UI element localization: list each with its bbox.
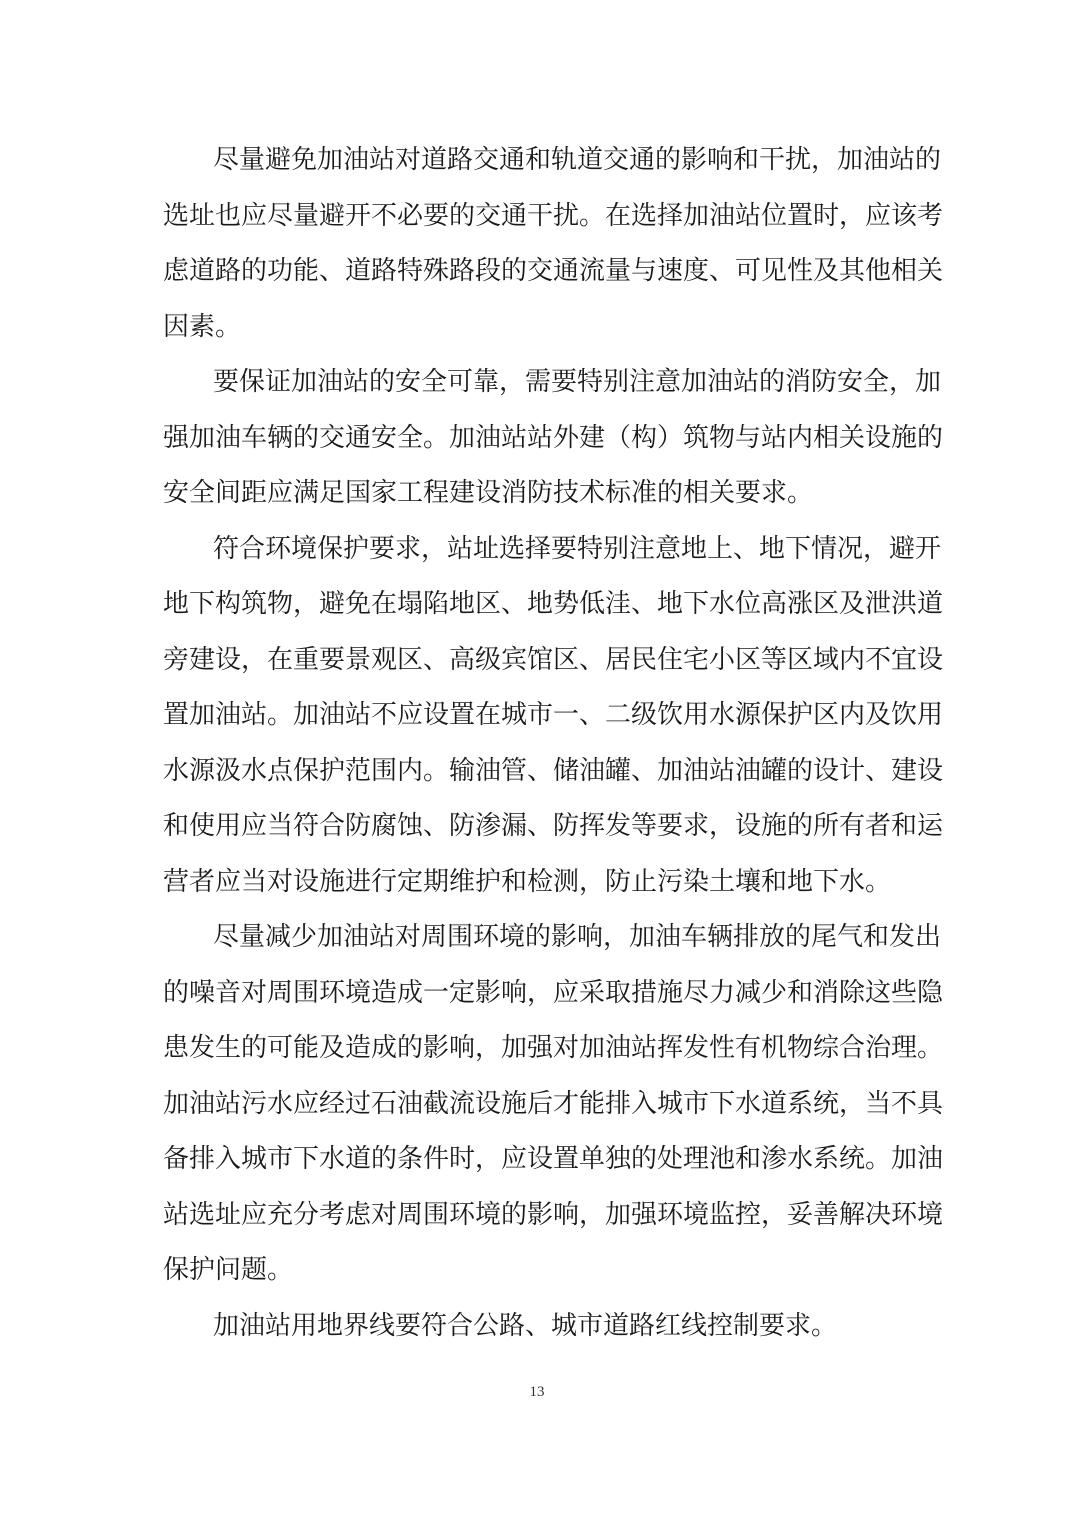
text-line: 保护问题。 [163, 1248, 913, 1304]
text-line: 加油站污水应经过石油截流设施后才能排入城市下水道系统，当不具 [163, 1082, 913, 1138]
text-line: 加油站用地界线要符合公路、城市道路红线控制要求。 [163, 1304, 913, 1360]
text-line: 符合环境保护要求，站址选择要特别注意地上、地下情况，避开 [163, 527, 913, 583]
text-line: 选址也应尽量避开不必要的交通干扰。在选择加油站位置时，应该考 [163, 194, 913, 250]
page-number: 13 [0, 1384, 1074, 1401]
text-line: 患发生的可能及造成的影响，加强对加油站挥发性有机物综合治理。 [163, 1026, 913, 1082]
text-line: 尽量减少加油站对周围环境的影响，加油车辆排放的尾气和发出 [163, 915, 913, 971]
text-line: 和使用应当符合防腐蚀、防渗漏、防挥发等要求，设施的所有者和运 [163, 804, 913, 860]
paragraph-land-boundary: 加油站用地界线要符合公路、城市道路红线控制要求。 [163, 1304, 913, 1360]
paragraph-environmental-protection: 符合环境保护要求，站址选择要特别注意地上、地下情况，避开 地下构筑物，避免在塌陷… [163, 527, 913, 916]
text-line: 因素。 [163, 305, 913, 361]
paragraph-traffic-interference: 尽量避免加油站对道路交通和轨道交通的影响和干扰，加油站的 选址也应尽量避开不必要… [163, 138, 913, 360]
paragraph-fire-safety: 要保证加油站的安全可靠，需要特别注意加油站的消防安全，加 强加油车辆的交通安全。… [163, 360, 913, 527]
body-text: 尽量避免加油站对道路交通和轨道交通的影响和干扰，加油站的 选址也应尽量避开不必要… [163, 138, 913, 1359]
text-line: 虑道路的功能、道路特殊路段的交通流量与速度、可见性及其他相关 [163, 249, 913, 305]
text-line: 地下构筑物，避免在塌陷地区、地势低洼、地下水位高涨区及泄洪道 [163, 582, 913, 638]
text-line: 安全间距应满足国家工程建设消防技术标准的相关要求。 [163, 471, 913, 527]
text-line: 营者应当对设施进行定期维护和检测，防止污染土壤和地下水。 [163, 860, 913, 916]
text-line: 要保证加油站的安全可靠，需要特别注意加油站的消防安全，加 [163, 360, 913, 416]
text-line: 旁建设，在重要景观区、高级宾馆区、居民住宅小区等区域内不宜设 [163, 638, 913, 694]
text-line: 站选址应充分考虑对周围环境的影响，加强环境监控，妥善解决环境 [163, 1193, 913, 1249]
text-line: 备排入城市下水道的条件时，应设置单独的处理池和渗水系统。加油 [163, 1137, 913, 1193]
text-line: 强加油车辆的交通安全。加油站站外建（构）筑物与站内相关设施的 [163, 416, 913, 472]
text-line: 水源汲水点保护范围内。输油管、储油罐、加油站油罐的设计、建设 [163, 749, 913, 805]
text-line: 的噪音对周围环境造成一定影响，应采取措施尽力减少和消除这些隐 [163, 971, 913, 1027]
text-line: 置加油站。加油站不应设置在城市一、二级饮用水源保护区内及饮用 [163, 693, 913, 749]
text-line: 尽量避免加油站对道路交通和轨道交通的影响和干扰，加油站的 [163, 138, 913, 194]
paragraph-surrounding-impact: 尽量减少加油站对周围环境的影响，加油车辆排放的尾气和发出 的噪音对周围环境造成一… [163, 915, 913, 1304]
document-page: 尽量避免加油站对道路交通和轨道交通的影响和干扰，加油站的 选址也应尽量避开不必要… [0, 0, 1074, 1520]
